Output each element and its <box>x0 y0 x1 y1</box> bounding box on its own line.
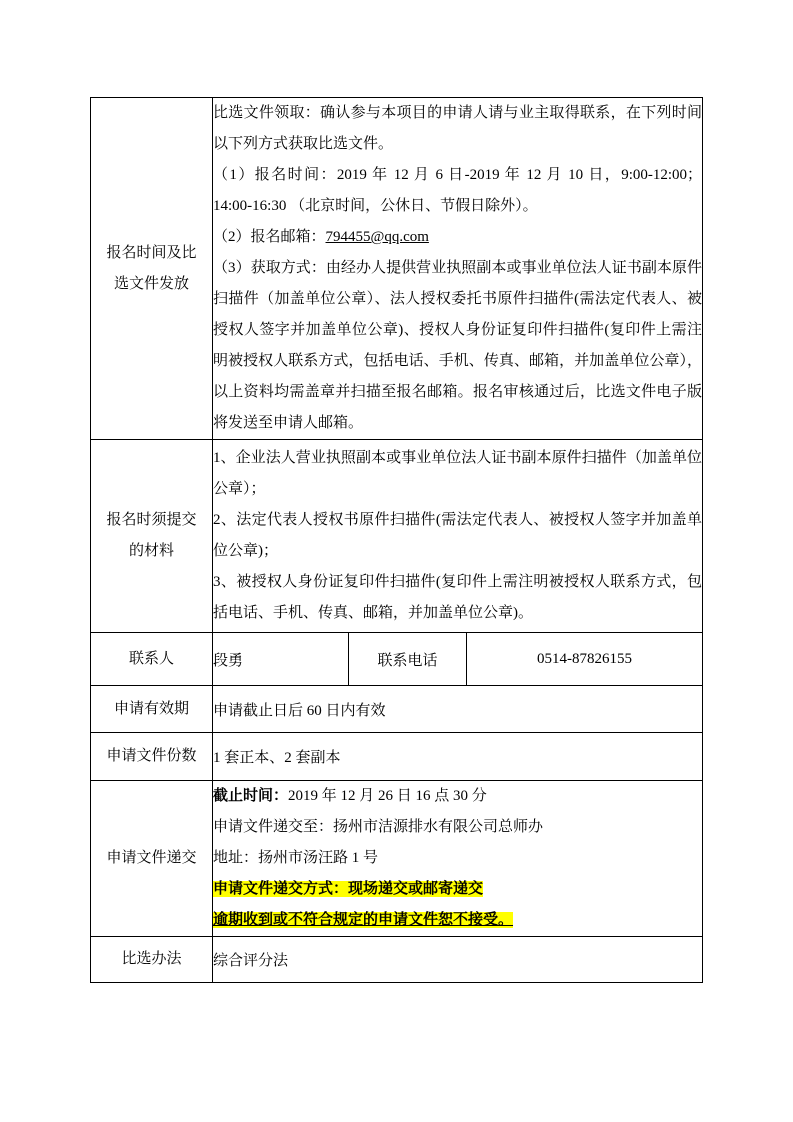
submission-method-highlight-line: 申请文件递交方式：现场递交或邮寄递交 <box>213 874 702 905</box>
signup-time-content-cell: 比选文件领取：确认参与本项目的申请人请与业主取得联系，在下列时间以下列方式获取比… <box>213 98 703 440</box>
material-item-3: 3、被授权人身份证复印件扫描件(复印件上需注明被授权人联系方式，包括电话、手机、… <box>213 567 702 629</box>
row-label-document-submission: 申请文件递交 <box>91 781 213 937</box>
row-label-line: 的材料 <box>91 536 212 567</box>
material-item-2: 2、法定代表人授权书原件扫描件(需法定代表人、被授权人签字并加盖单位公章)； <box>213 505 702 567</box>
late-rejection-highlight-line: 逾期收到或不符合规定的申请文件恕不接受。 <box>213 905 702 936</box>
signup-email-link[interactable]: 794455@qq.com <box>326 229 429 245</box>
table-row-document-copies: 申请文件份数 1 套正本、2 套副本 <box>91 733 703 781</box>
submission-deadline-line: 截止时间：2019 年 12 月 26 日 16 点 30 分 <box>213 781 702 812</box>
table-row-required-materials: 报名时须提交 的材料 1、企业法人营业执照副本或事业单位法人证书副本原件扫描件（… <box>91 440 703 633</box>
row-label-evaluation-method: 比选办法 <box>91 937 213 983</box>
row-label-line: 选文件发放 <box>91 269 212 300</box>
row-label-line: 比选办法 <box>91 944 212 975</box>
highlighted-text: 申请文件递交方式：现场递交或邮寄递交 <box>213 881 483 897</box>
signup-email-paragraph: （2）报名邮箱：794455@qq.com <box>213 222 702 253</box>
row-label-document-copies: 申请文件份数 <box>91 733 213 781</box>
row-label-signup-time: 报名时间及比 选文件发放 <box>91 98 213 440</box>
material-item-1: 1、企业法人营业执照副本或事业单位法人证书副本原件扫描件（加盖单位公章）； <box>213 443 702 505</box>
doc-collection-intro-paragraph: 比选文件领取：确认参与本项目的申请人请与业主取得联系，在下列时间以下列方式获取比… <box>213 98 702 160</box>
evaluation-method-value-cell: 综合评分法 <box>213 937 703 983</box>
bidding-info-table: 报名时间及比 选文件发放 比选文件领取：确认参与本项目的申请人请与业主取得联系，… <box>90 97 703 983</box>
table-row-evaluation-method: 比选办法 综合评分法 <box>91 937 703 983</box>
acquisition-method-paragraph: （3）获取方式：由经办人提供营业执照副本或事业单位法人证书副本原件扫描件（加盖单… <box>213 253 702 439</box>
row-label-line: 联系人 <box>91 644 212 675</box>
table-row-document-submission: 申请文件递交 截止时间：2019 年 12 月 26 日 16 点 30 分 申… <box>91 781 703 937</box>
table-row-application-validity: 申请有效期 申请截止日后 60 日内有效 <box>91 686 703 733</box>
contact-name-cell: 段勇 <box>213 633 349 686</box>
row-label-line: 申请有效期 <box>91 694 212 725</box>
highlighted-underlined-text: 逾期收到或不符合规定的申请文件恕不接受。 <box>213 912 513 928</box>
contact-phone-label-cell: 联系电话 <box>349 633 467 686</box>
signup-time-paragraph: （1）报名时间：2019 年 12 月 6 日-2019 年 12 月 10 日… <box>213 160 702 222</box>
deadline-label: 截止时间： <box>213 788 288 804</box>
required-materials-content-cell: 1、企业法人营业执照副本或事业单位法人证书副本原件扫描件（加盖单位公章）； 2、… <box>213 440 703 633</box>
table-row-signup-time-and-doc-issue: 报名时间及比 选文件发放 比选文件领取：确认参与本项目的申请人请与业主取得联系，… <box>91 98 703 440</box>
row-label-application-validity: 申请有效期 <box>91 686 213 733</box>
row-label-line: 报名时间及比 <box>91 238 212 269</box>
application-validity-value-cell: 申请截止日后 60 日内有效 <box>213 686 703 733</box>
signup-email-label: （2）报名邮箱： <box>213 229 326 245</box>
row-label-line: 申请文件份数 <box>91 741 212 772</box>
document-submission-content-cell: 截止时间：2019 年 12 月 26 日 16 点 30 分 申请文件递交至：… <box>213 781 703 937</box>
submission-address-line: 地址：扬州市汤汪路 1 号 <box>213 843 702 874</box>
row-label-required-materials: 报名时须提交 的材料 <box>91 440 213 633</box>
document-page: 报名时间及比 选文件发放 比选文件领取：确认参与本项目的申请人请与业主取得联系，… <box>0 0 793 1122</box>
table-row-contact: 联系人 段勇 联系电话 0514-87826155 <box>91 633 703 686</box>
document-copies-value-cell: 1 套正本、2 套副本 <box>213 733 703 781</box>
row-label-line: 申请文件递交 <box>91 843 212 874</box>
submission-destination-line: 申请文件递交至：扬州市洁源排水有限公司总师办 <box>213 812 702 843</box>
contact-phone-number-cell: 0514-87826155 <box>467 633 703 686</box>
deadline-value: 2019 年 12 月 26 日 16 点 30 分 <box>288 788 487 804</box>
row-label-contact-person: 联系人 <box>91 633 213 686</box>
row-label-line: 报名时须提交 <box>91 505 212 536</box>
